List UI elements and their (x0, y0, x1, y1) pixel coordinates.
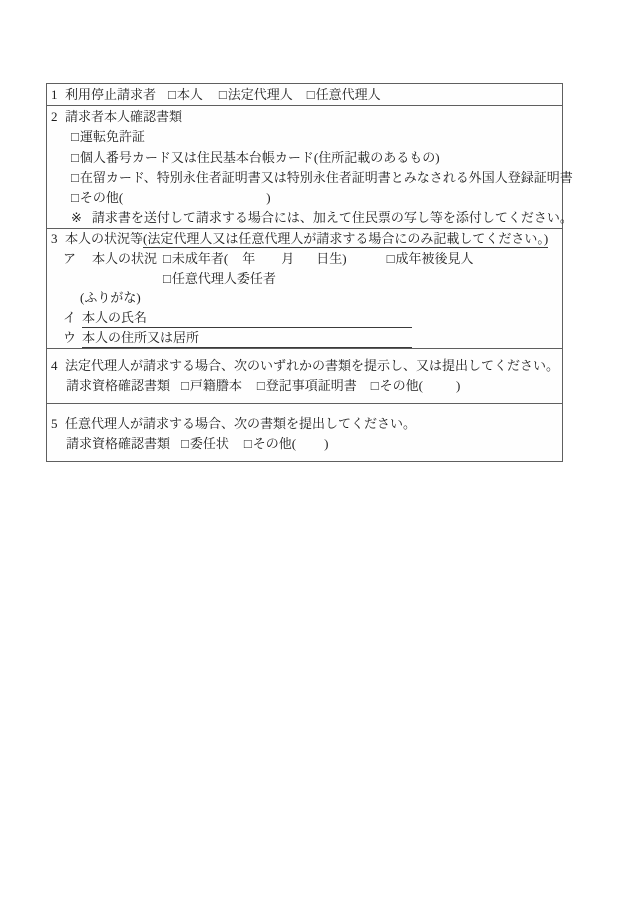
checkbox-label: 在留カード、特別永住者証明書又は特別永住者証明書とみなされる外国人登録証明書 (80, 170, 573, 185)
checkbox-label: その他( (80, 190, 123, 205)
checkbox-icon: □ (307, 84, 315, 105)
section-1-number: 1 (51, 84, 58, 105)
paren-close: ) (266, 190, 270, 205)
checkbox-kojinbango-card[interactable]: □個人番号カード又は住民基本台帳カード(住所記載のあるもの) (71, 148, 440, 168)
day-label: 日生) (316, 251, 346, 266)
spacer (347, 262, 387, 263)
birth-month-fill[interactable] (255, 262, 281, 263)
checkbox-zairyu-card[interactable]: □在留カード、特別永住者証明書又は特別永住者証明書とみなされる外国人登録証明書 (71, 168, 573, 188)
checkbox-label: その他( (253, 436, 296, 451)
spacer (170, 389, 181, 390)
section-2-note: 請求書を送付して請求する場合には、加えて住民票の写し等を添付してください。 (92, 210, 573, 225)
checkbox-icon: □ (257, 376, 265, 396)
row-a-kana: ア (63, 251, 76, 266)
checkbox-icon: □ (244, 434, 252, 454)
sonota-fill-5[interactable] (296, 447, 324, 448)
checkbox-label: 戸籍謄本 (190, 378, 242, 393)
address-field[interactable]: 本人の住所又は居所 (82, 329, 412, 348)
checkbox-nini-dairinin[interactable]: □任意代理人 (307, 84, 381, 105)
checkbox-sonota-2[interactable]: □その他( (71, 188, 123, 208)
checkbox-label: 任意代理人委任者 (172, 271, 276, 286)
checkbox-icon: □ (71, 188, 79, 208)
row-a-label: 本人の状況 (92, 251, 157, 266)
checkbox-icon: □ (163, 269, 171, 289)
section-5-number: 5 (51, 414, 58, 434)
section-5-title: 任意代理人が請求する場合、次の書類を提出してください。 (65, 416, 416, 431)
section-4-title: 法定代理人が請求する場合、次のいずれかの書類を提示し、又は提出してください。 (65, 358, 559, 373)
spacer (76, 262, 92, 263)
form-table: 1 利用停止請求者□本人□法定代理人□任意代理人 2 請求者本人確認書類 □運転… (46, 83, 563, 462)
name-field[interactable]: 本人の氏名 (82, 309, 412, 328)
checkbox-label: 個人番号カード又は住民基本台帳カード(住所記載のあるもの) (80, 150, 440, 165)
row-u-kana: ウ (63, 330, 76, 345)
section-2: 2 請求者本人確認書類 □運転免許証 □個人番号カード又は住民基本台帳カード(住… (47, 105, 562, 228)
spacer (357, 389, 371, 390)
checkbox-toki-jiko-shomeisho[interactable]: □登記事項証明書 (257, 376, 357, 396)
birth-year-fill[interactable] (228, 262, 242, 263)
checkbox-label: 未成年者( (172, 251, 228, 266)
checkbox-icon: □ (181, 376, 189, 396)
section-4: 4 法定代理人が請求する場合、次のいずれかの書類を提示し、又は提出してください。… (47, 348, 562, 403)
section-5: 5 任意代理人が請求する場合、次の書類を提出してください。 請求資格確認書類□委… (47, 403, 562, 461)
spacer (156, 98, 168, 99)
checkbox-nini-dairinin-ininsha[interactable]: □任意代理人委任者 (163, 269, 276, 289)
checkbox-label: その他( (380, 378, 423, 393)
spacer (170, 447, 181, 448)
section-2-title: 請求者本人確認書類 (65, 109, 182, 124)
spacer (82, 221, 92, 222)
checkbox-sonota-5[interactable]: □その他( (244, 434, 296, 454)
section-1: 1 利用停止請求者□本人□法定代理人□任意代理人 (47, 84, 562, 105)
spacer (203, 98, 219, 99)
checkbox-untenmenkyosho[interactable]: □運転免許証 (71, 127, 145, 147)
paren-close: ) (324, 436, 328, 451)
name-field-label: 本人の氏名 (82, 310, 147, 325)
spacer (293, 98, 307, 99)
section-4-number: 4 (51, 356, 58, 376)
row-i-kana: イ (63, 310, 76, 325)
checkbox-label: 運転免許証 (80, 129, 145, 144)
section-5-docs-label: 請求資格確認書類 (66, 436, 170, 451)
spacer (229, 447, 244, 448)
checkbox-label: 委任状 (190, 436, 229, 451)
address-field-label: 本人の住所又は居所 (82, 330, 199, 345)
section-4-docs-label: 請求資格確認書類 (66, 378, 170, 393)
checkbox-icon: □ (71, 127, 79, 147)
checkbox-label: 登記事項証明書 (266, 378, 357, 393)
section-3-title: 本人の状況等 (65, 231, 143, 246)
checkbox-icon: □ (219, 84, 227, 105)
section-3: 3 本人の状況等(法定代理人又は任意代理人が請求する場合にのみ記載してください。… (47, 228, 562, 348)
checkbox-ininjo[interactable]: □委任状 (181, 434, 229, 454)
checkbox-icon: □ (181, 434, 189, 454)
checkbox-label: 成年被後見人 (395, 251, 473, 266)
section-2-number: 2 (51, 107, 58, 127)
furigana-label: (ふりがな) (80, 290, 141, 305)
reference-mark: ※ (71, 210, 82, 225)
checkbox-icon: □ (71, 168, 79, 188)
checkbox-houtei-dairinin[interactable]: □法定代理人 (219, 84, 293, 105)
sonota-fill-2[interactable] (123, 201, 266, 202)
checkbox-seinen-hikokennin[interactable]: □成年被後見人 (387, 249, 474, 269)
document-page: 1 利用停止請求者□本人□法定代理人□任意代理人 2 請求者本人確認書類 □運転… (0, 0, 630, 903)
checkbox-label: 任意代理人 (316, 87, 381, 102)
checkbox-icon: □ (168, 84, 176, 105)
year-label: 年 (242, 251, 255, 266)
checkbox-honnin[interactable]: □本人 (168, 84, 203, 105)
section-3-title-note: (法定代理人又は任意代理人が請求する場合にのみ記載してください。) (143, 231, 548, 248)
checkbox-icon: □ (387, 249, 395, 269)
checkbox-koseki-tohon[interactable]: □戸籍謄本 (181, 376, 242, 396)
sonota-fill-4[interactable] (423, 389, 456, 390)
section-3-number: 3 (51, 229, 58, 249)
checkbox-label: 本人 (177, 87, 203, 102)
checkbox-icon: □ (71, 148, 79, 168)
checkbox-miseinensha[interactable]: □未成年者( (163, 249, 228, 269)
checkbox-icon: □ (163, 249, 171, 269)
month-label: 月 (281, 251, 294, 266)
spacer (242, 389, 257, 390)
checkbox-label: 法定代理人 (228, 87, 293, 102)
birth-day-fill[interactable] (294, 262, 316, 263)
section-1-title: 利用停止請求者 (65, 87, 156, 102)
checkbox-sonota-4[interactable]: □その他( (371, 376, 423, 396)
checkbox-icon: □ (371, 376, 379, 396)
paren-close: ) (456, 378, 460, 393)
